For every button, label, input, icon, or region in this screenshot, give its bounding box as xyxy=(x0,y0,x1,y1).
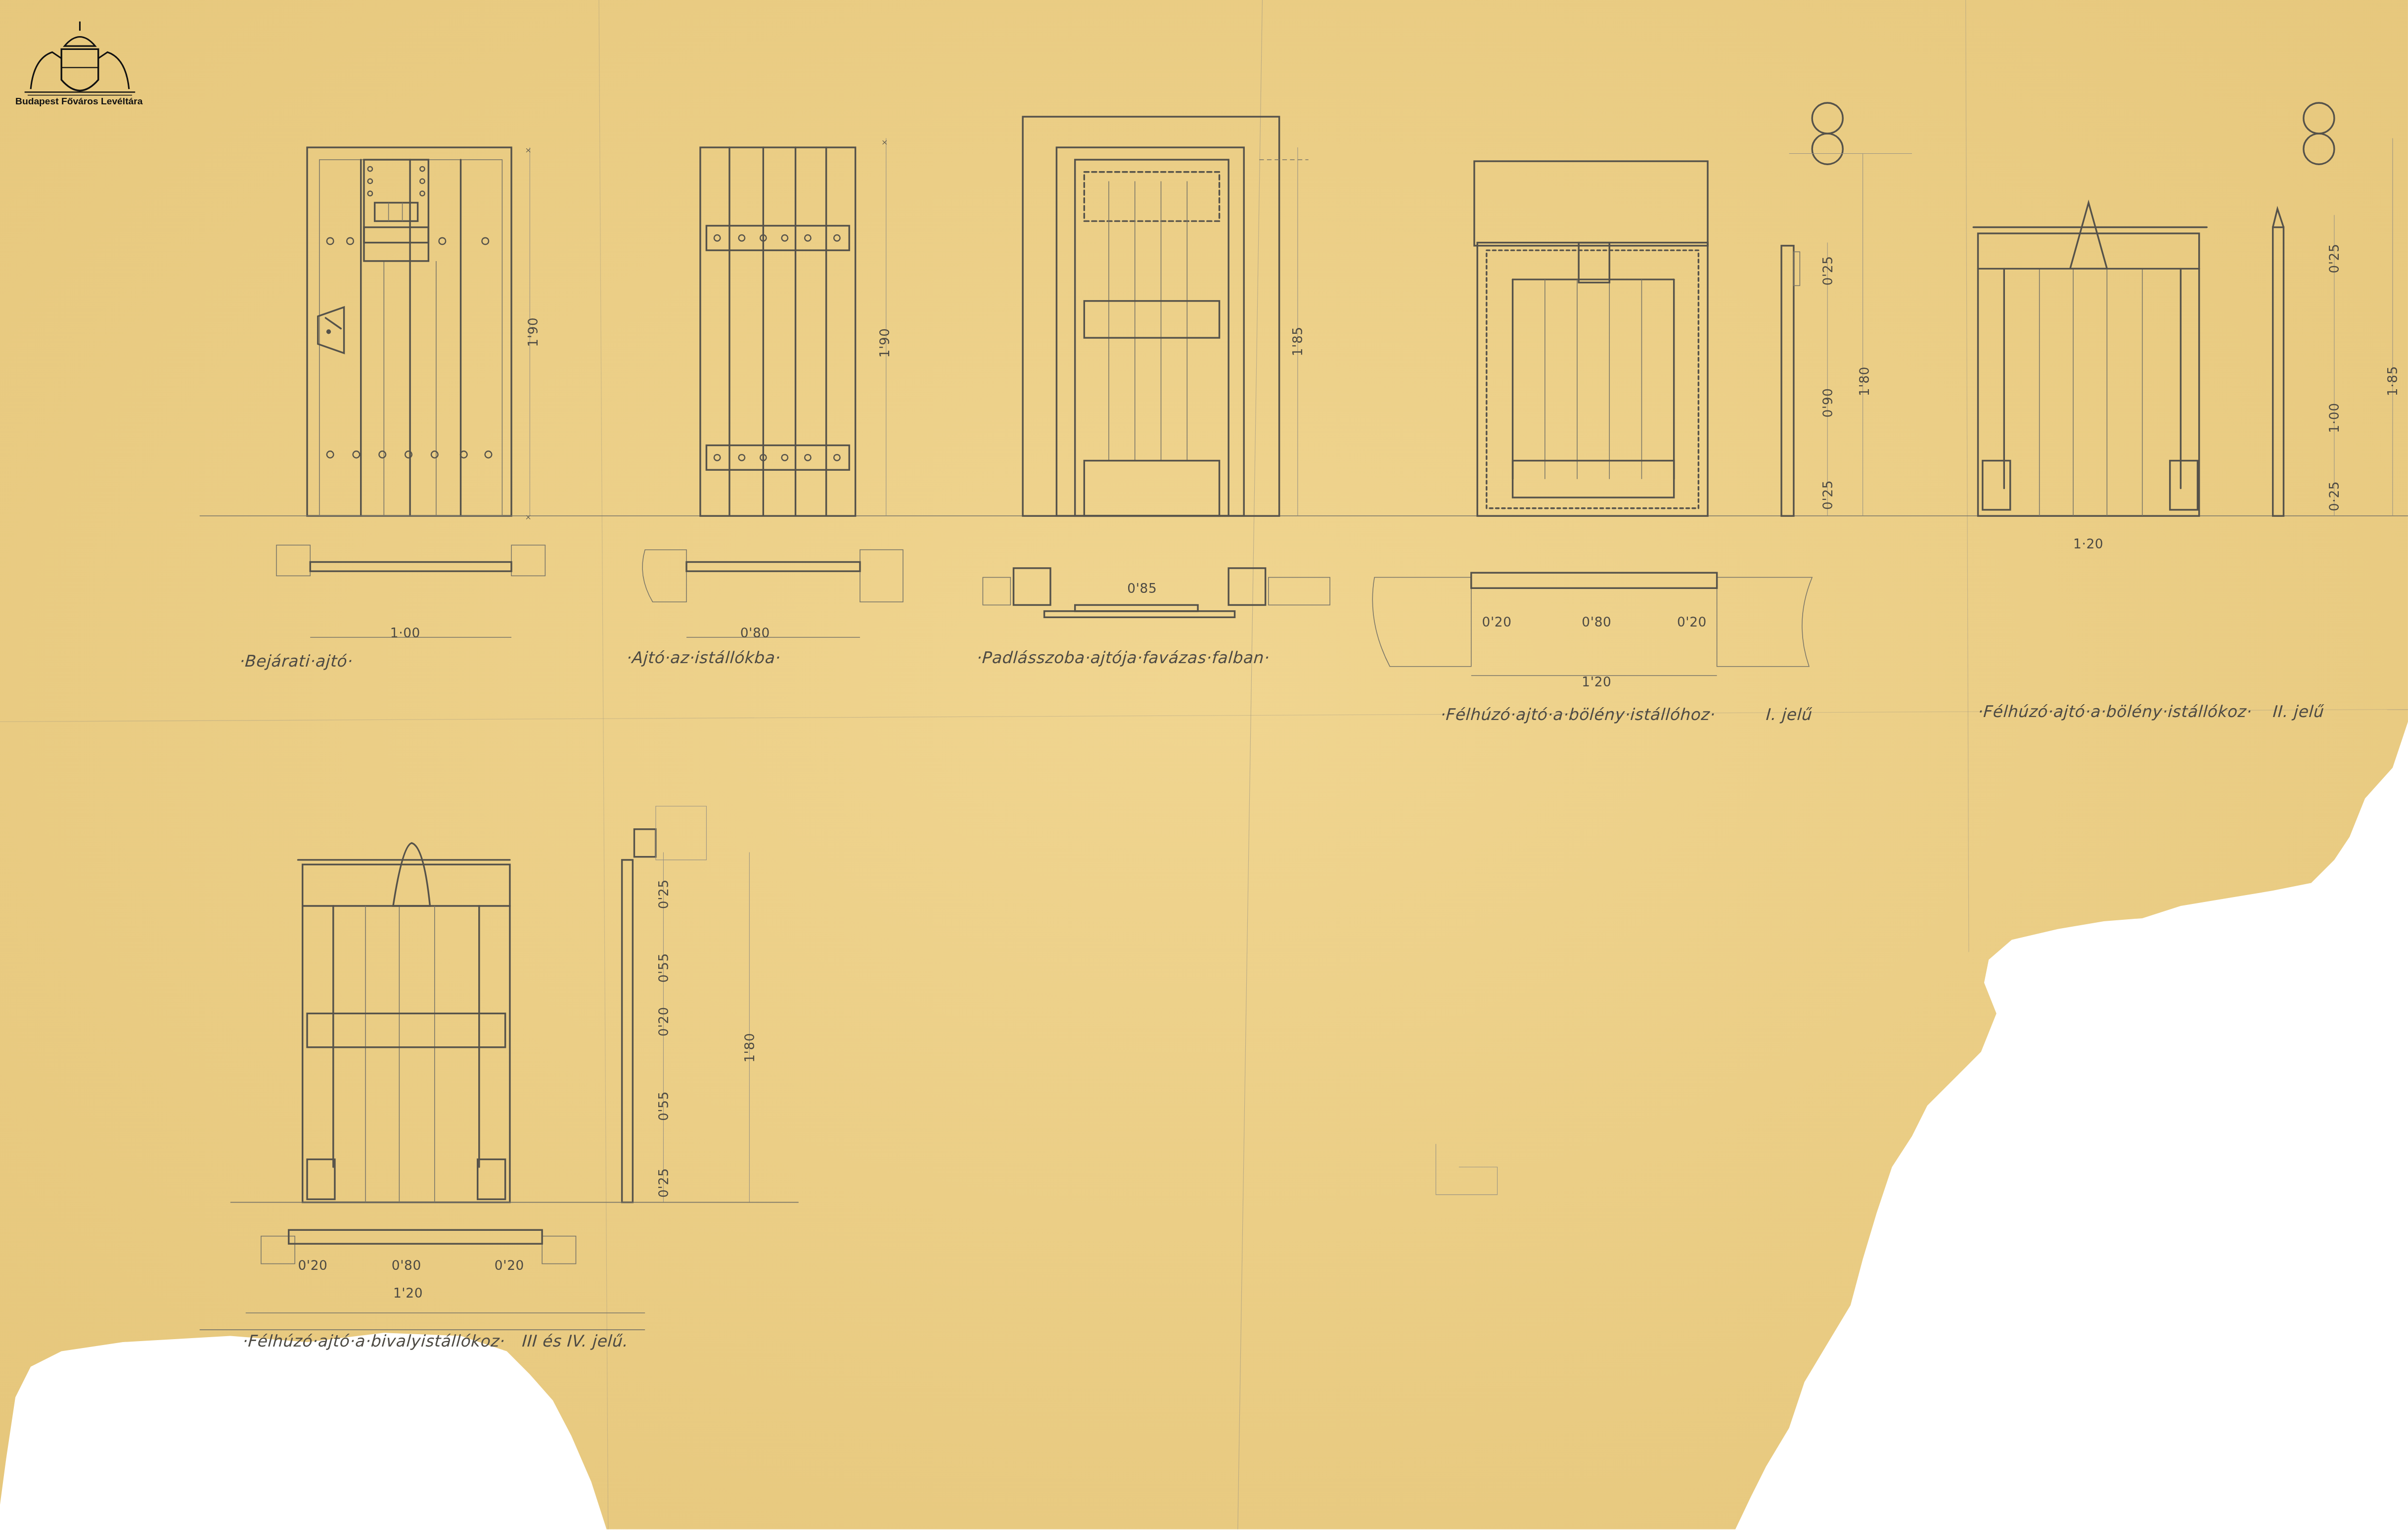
door-4-width-part-left: 0'20 xyxy=(1482,616,1512,631)
door-5-vpart-middle: 1·00 xyxy=(2328,403,2343,433)
door-5-vpart-bottom: 0·25 xyxy=(2328,481,2343,511)
door-2-caption: ·Ajtó·az·istállókba· xyxy=(626,649,781,668)
door-2-width: 0'80 xyxy=(740,627,770,642)
door-3-height: 1'85 xyxy=(1291,326,1307,356)
drawing-sheet: × × × xyxy=(0,0,2408,1530)
door-4-caption: ·Félhúzó·ajtó·a·bölény·istállóhoz· xyxy=(1440,706,1716,724)
door-2-height: 1'90 xyxy=(878,328,894,358)
door-4-width: 1'20 xyxy=(1582,675,1611,691)
door-6-width-part-middle: 0'80 xyxy=(392,1259,421,1274)
door-4-width-part-right: 0'20 xyxy=(1677,616,1707,631)
door-3-width: 0'85 xyxy=(1127,582,1157,597)
door-6-width: 1'20 xyxy=(393,1287,423,1302)
door-4-vpart-middle: 0'90 xyxy=(1821,388,1837,417)
door-6-height: 1'80 xyxy=(743,1033,759,1063)
door-6-vpart-3: 0'20 xyxy=(657,1007,673,1036)
paper-background: × × × xyxy=(0,0,2408,1530)
door-6-caption: ·Félhúzó·ajtó·a·bivalyistállókoz· xyxy=(242,1333,505,1351)
door-6-vpart-4: 0'55 xyxy=(657,1091,673,1121)
door-4-mark: I. jelű xyxy=(1766,706,1813,724)
door-1-caption: ·Bejárati·ajtó· xyxy=(239,653,354,671)
door-6-width-part-right: 0'20 xyxy=(495,1259,524,1274)
svg-text:×: × xyxy=(881,136,887,148)
door-5-caption: ·Félhúzó·ajtó·a·bölény·istállókoz· xyxy=(1977,703,2252,721)
door-4-width-part-middle: 0'80 xyxy=(1582,616,1611,631)
svg-text:×: × xyxy=(525,144,531,156)
door-6-width-part-left: 0'20 xyxy=(298,1259,327,1274)
door-4-vpart-top: 0'25 xyxy=(1821,256,1837,285)
door-4-height: 1'80 xyxy=(1858,366,1873,396)
door-1-height: 1'90 xyxy=(527,317,542,347)
door-6-vpart-2: 0'55 xyxy=(657,953,673,983)
archive-stamp-text: Budapest Főváros Levéltára xyxy=(15,97,142,108)
door-6-mark: III és IV. jelű. xyxy=(521,1333,629,1351)
door-6-vpart-5: 0'25 xyxy=(657,1168,673,1198)
door-1-width: 1·00 xyxy=(390,627,420,642)
door-5-mark: II. jelű xyxy=(2272,703,2324,721)
door-5-vpart-top: 0'25 xyxy=(2328,244,2343,273)
door-6-vpart-1: 0'25 xyxy=(657,879,673,909)
door-5-height: 1·85 xyxy=(2386,366,2402,396)
door-3-caption: ·Padlásszoba·ajtója·favázas·falban· xyxy=(976,649,1271,668)
door-4-vpart-bottom: 0'25 xyxy=(1821,480,1837,510)
door-5-width: 1·20 xyxy=(2073,538,2103,553)
svg-text:×: × xyxy=(525,511,531,523)
